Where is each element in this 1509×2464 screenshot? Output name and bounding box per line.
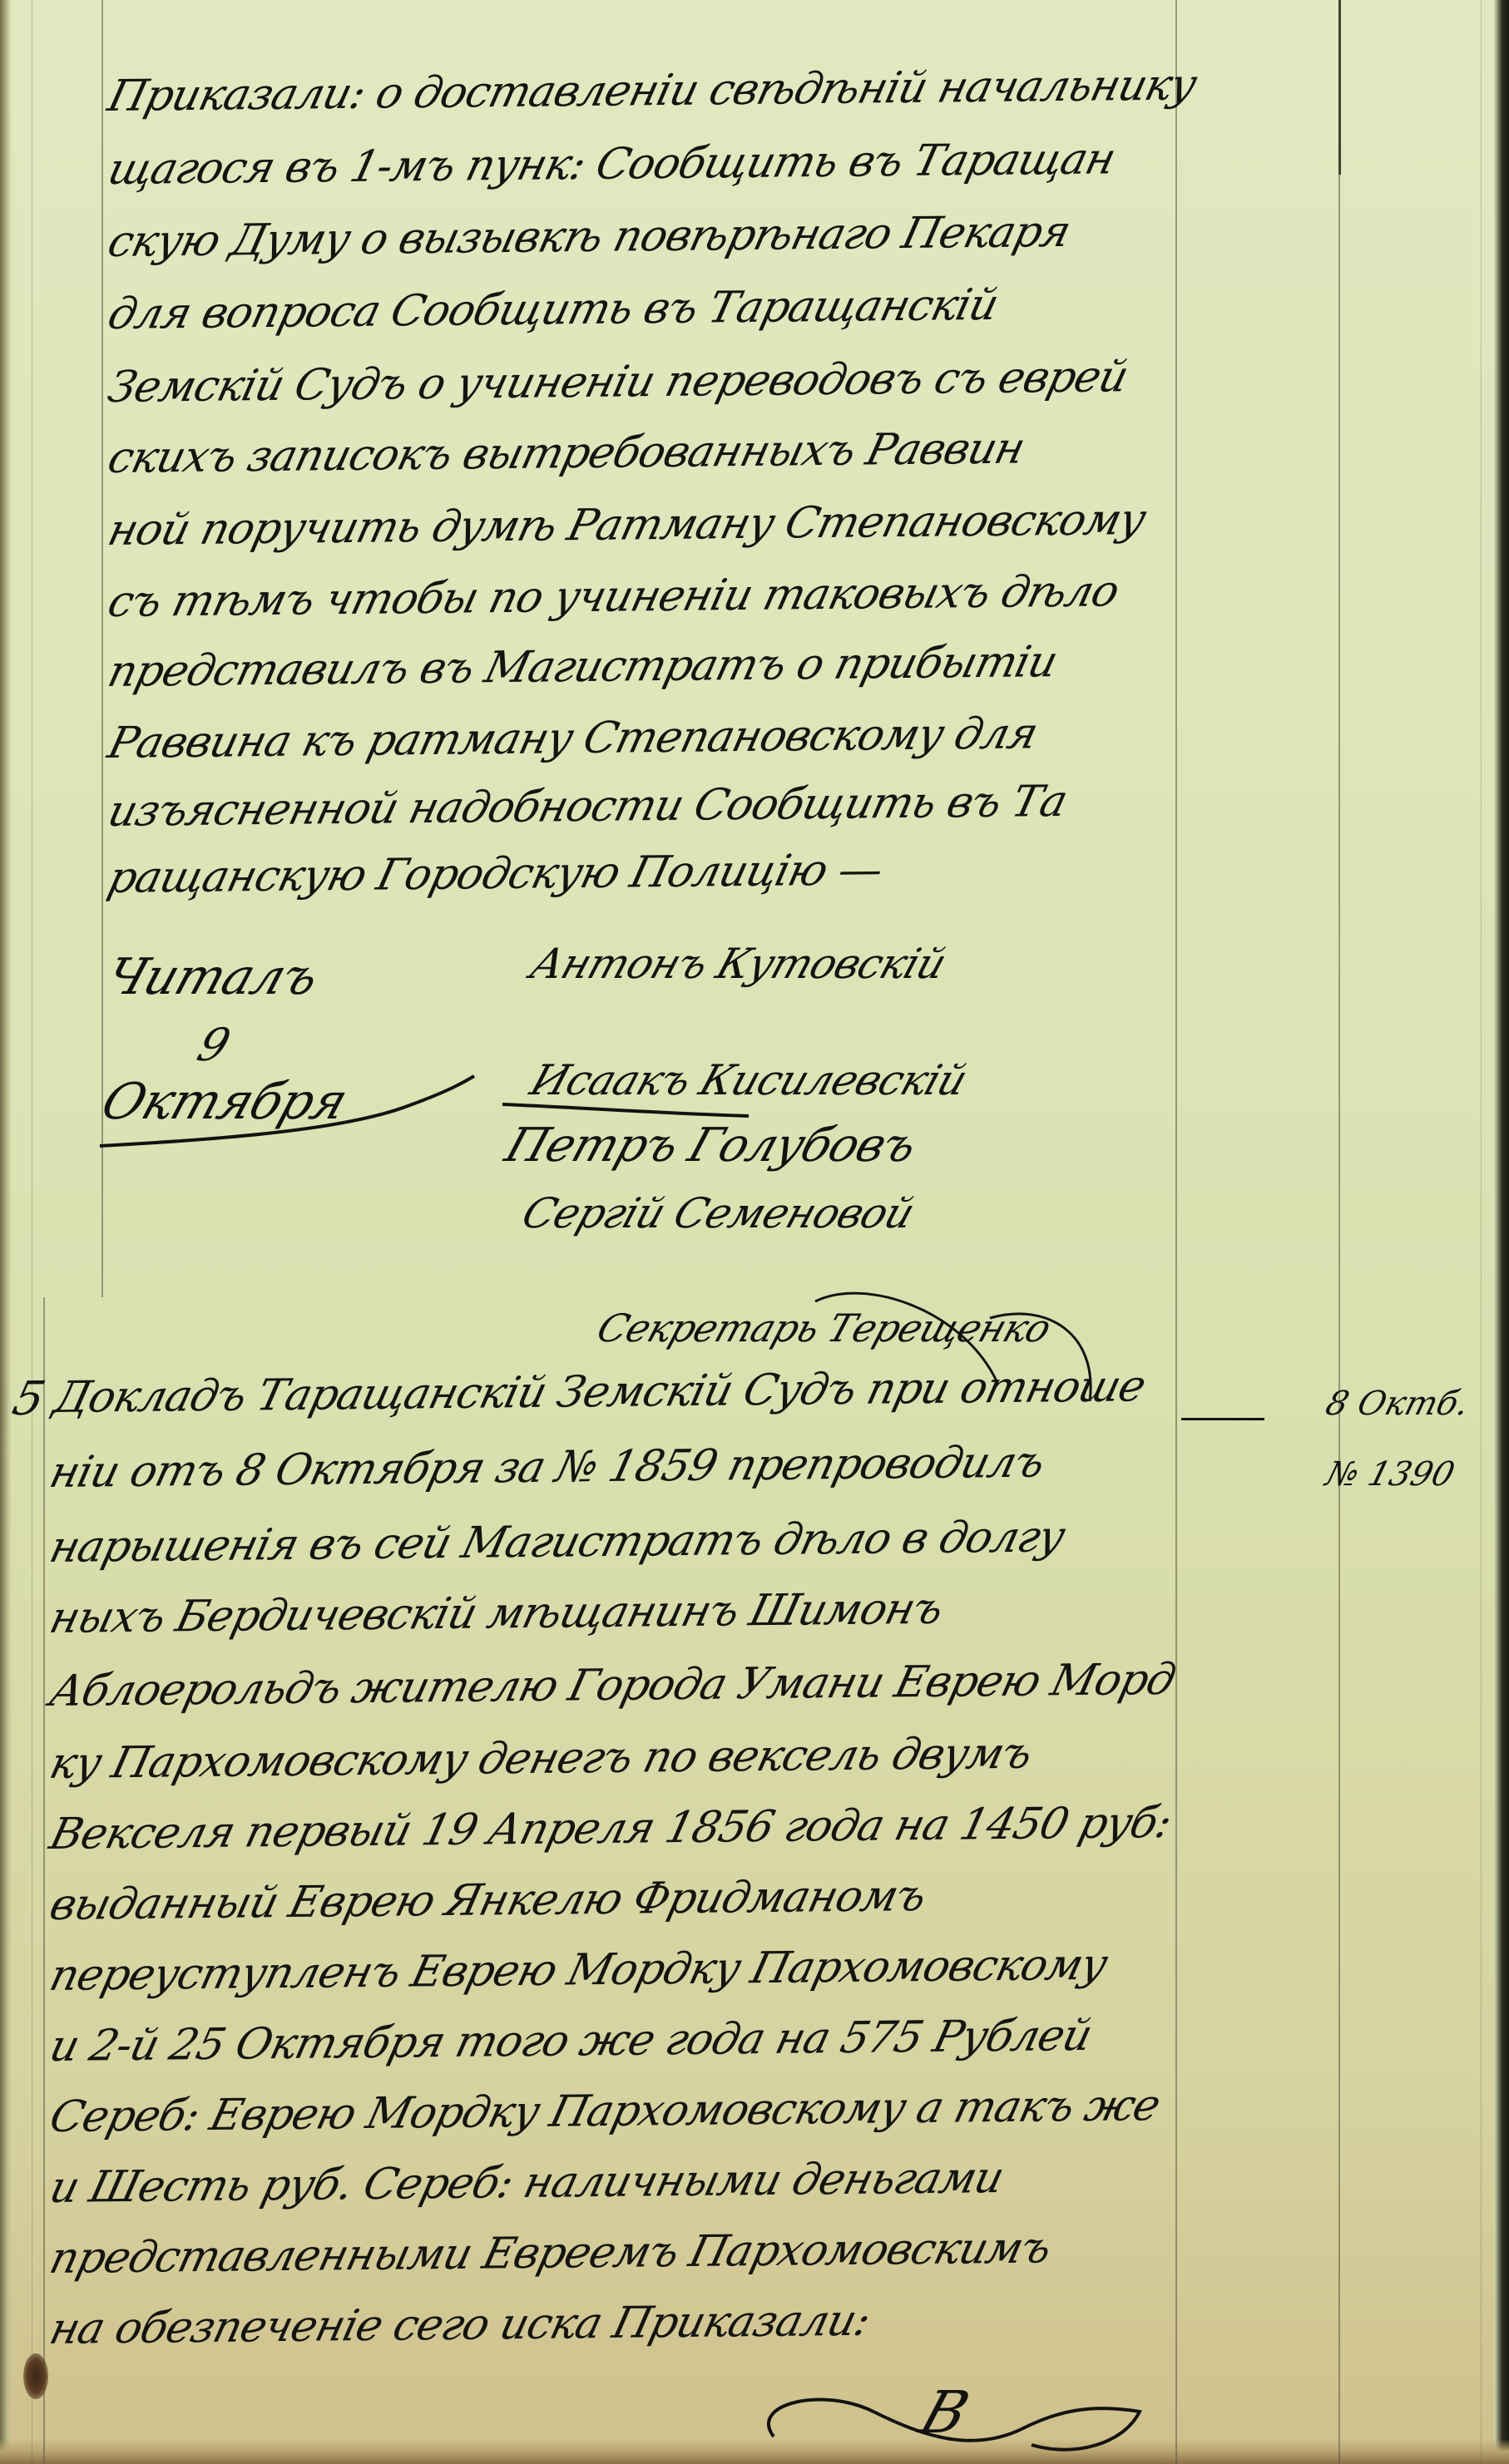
margin-connector-dash xyxy=(1181,1418,1264,1420)
right-margin-rule xyxy=(1481,0,1482,2464)
text-line: ку Пархомовскому денегъ по вексель двумъ xyxy=(46,1731,1132,1785)
text-line: Земскій Судъ о учиненіи переводовъ съ ев… xyxy=(104,354,1190,409)
page-bottom-edge xyxy=(0,2439,1509,2464)
column-rule xyxy=(1338,175,1340,2464)
text-line: представленными Евреемъ Пархомовскимъ xyxy=(46,2225,1132,2280)
text-line: Докладъ Таращанскій Земскій Судъ при отн… xyxy=(50,1365,1136,1420)
text-line: Раввина къ ратману Степановскому для xyxy=(104,710,1190,765)
left-margin-rule xyxy=(32,0,32,2464)
text-line: на обезпеченіе сего иска Приказали: xyxy=(46,2296,1132,2351)
text-line: Векселя первый 19 Апреля 1856 года на 14… xyxy=(46,1801,1132,1856)
signature-underline-flourish xyxy=(92,1073,491,1164)
text-line: скихъ записокъ вытребованныхъ Раввин xyxy=(104,425,1190,480)
text-line: Сереб: Еврею Мордку Пархомовскому а такъ… xyxy=(46,2084,1132,2139)
signature-4: Сергій Семеновой xyxy=(517,1189,920,1237)
text-line: изъясненной надобности Сообщить въ Та xyxy=(104,778,1190,833)
text-line: щагося въ 1-мъ пунк: Сообщить въ Таращан xyxy=(104,136,1190,191)
text-line: съ тѣмъ чтобы по учиненіи таковыхъ дѣло xyxy=(104,569,1190,624)
text-margin-rule-lower xyxy=(43,1297,45,2464)
text-line: нарышенія въ сей Магистратъ дѣло в долгу xyxy=(46,1514,1132,1569)
margin-note-number: № 1390 xyxy=(1322,1455,1459,1494)
text-line: и Шесть руб. Сереб: наличными деньгами xyxy=(46,2155,1132,2210)
margin-note-date: 8 Октб. xyxy=(1322,1385,1473,1423)
text-line: для вопроса Сообщить въ Таращанскій xyxy=(104,281,1190,336)
text-line: ніи отъ 8 Октября за № 1859 препроводилъ xyxy=(46,1439,1132,1494)
page-left-edge xyxy=(0,0,12,2464)
closing-flourish xyxy=(757,2378,1156,2462)
read-note-day: 9 xyxy=(191,1019,236,1071)
signature-3: Петръ Голубовъ xyxy=(498,1118,923,1173)
text-line: Приказали: о доставленіи свѣдѣній началь… xyxy=(104,63,1190,118)
read-note-signature: Читалъ xyxy=(99,948,326,1006)
text-line: скую Думу о вызывкѣ повѣрѣнаго Пекаря xyxy=(104,209,1190,264)
text-line: переуступленъ Еврею Мордку Пархомовскому xyxy=(46,1943,1132,1997)
page-right-edge xyxy=(1494,0,1509,2464)
text-line: и 2-й 25 Октября того же года на 575 Руб… xyxy=(46,2013,1132,2068)
ink-stain xyxy=(23,2353,48,2399)
text-line: ной поручить думѣ Ратману Степановскому xyxy=(104,497,1190,552)
column-rule-dark xyxy=(1338,0,1341,175)
text-line: ныхъ Бердичевскій мѣщанинъ Шимонъ xyxy=(46,1585,1132,1640)
text-line: представилъ въ Магистратъ о прибытіи xyxy=(104,639,1190,694)
signature-overline xyxy=(499,1098,849,1123)
signature-1: Антонъ Кутовскій xyxy=(525,940,952,988)
text-line: Аблоерольдъ жителю Города Умани Еврею Мо… xyxy=(46,1658,1132,1713)
text-line: выданный Еврею Янкелю Фридманомъ xyxy=(46,1872,1132,1927)
text-line: ращанскую Городскую Полицію — xyxy=(104,845,1190,900)
